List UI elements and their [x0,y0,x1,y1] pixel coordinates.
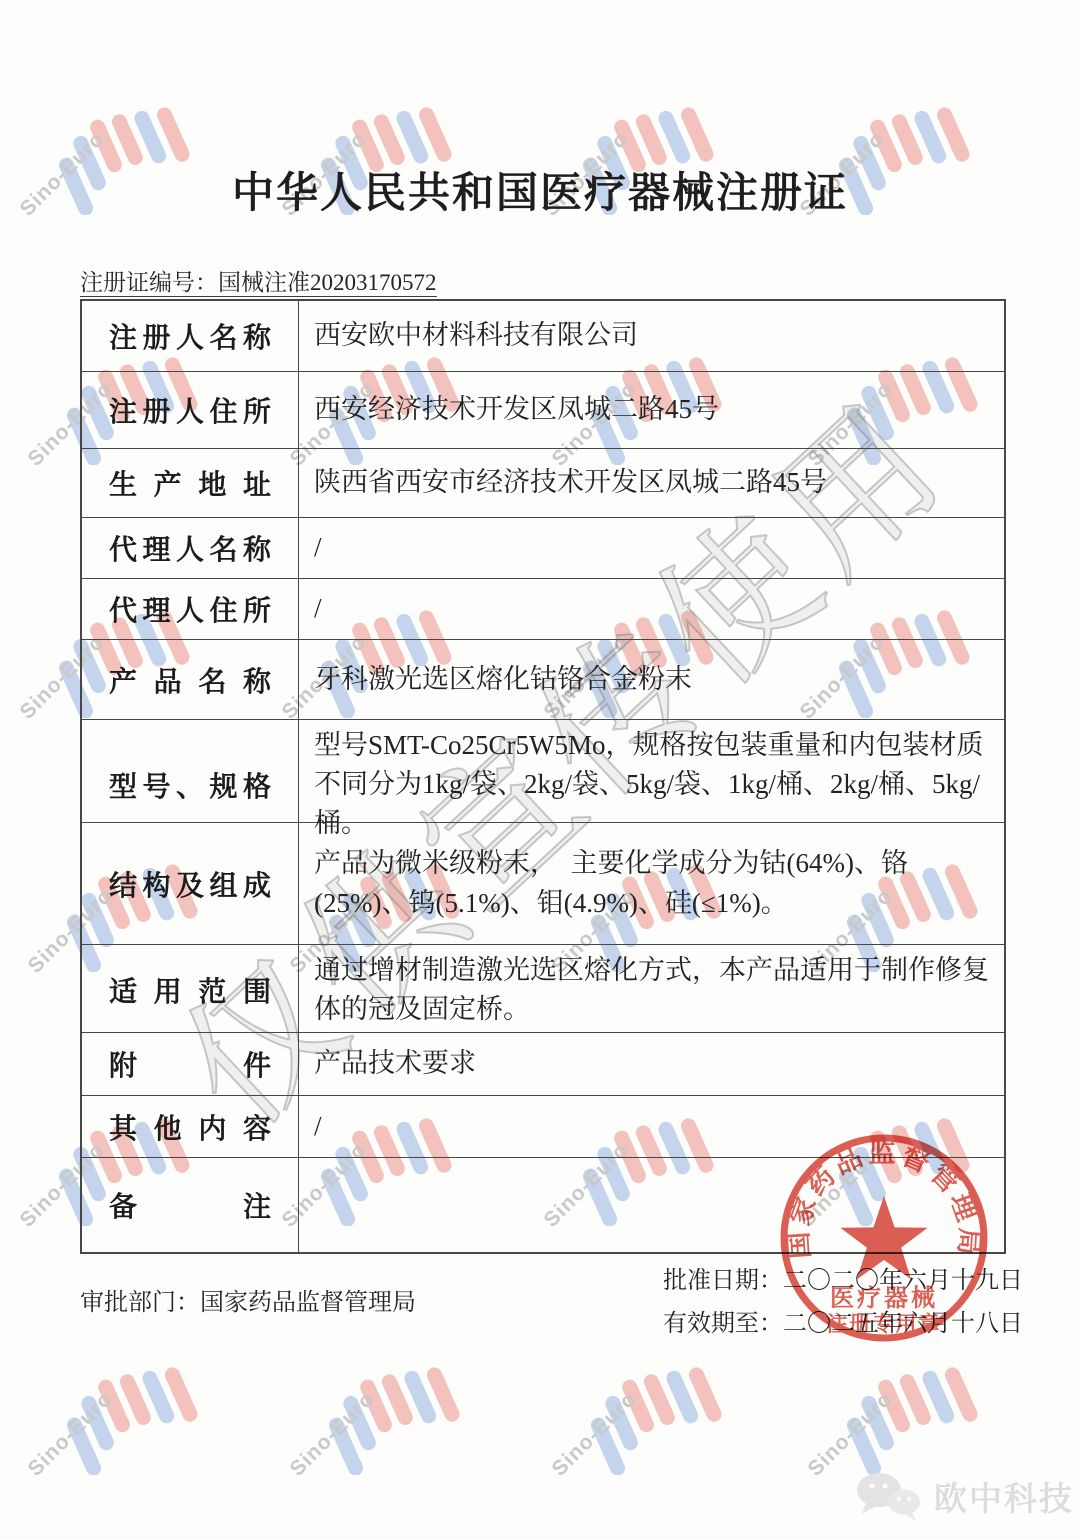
sino-euro-watermark-text: Sino-Euro [286,1387,380,1481]
table-row-structure-composition: 结构及组成 产品为微米级粉末， 主要化学成分为钴(64%)、铬(25%)、钨(5… [82,822,1004,944]
row-value: 西安欧中材料科技有限公司 [299,310,1004,361]
sino-euro-logo-icon [326,1365,466,1475]
chat-bubbles-icon [852,1468,924,1524]
row-label: 附件 [109,1044,271,1084]
sino-euro-watermark-tile: Sino-Euro [308,1365,488,1525]
sino-euro-watermark-tile: Sino-Euro [570,1365,750,1525]
approval-department: 审批部门：国家药品监督管理局 [80,1282,416,1317]
sino-euro-logo-icon [588,1365,728,1475]
row-value: 产品为微米级粉末， 主要化学成分为钴(64%)、铬(25%)、钨(5.1%)、钼… [299,838,1004,928]
registration-number: 注册证编号：国械注准20203170572 [80,270,437,297]
sino-euro-watermark-text: Sino-Euro [548,1387,642,1481]
row-label: 其他内容 [109,1107,271,1147]
row-label: 备注 [109,1185,271,1225]
row-label: 代理人名称 [109,528,271,568]
row-value: / [299,1101,1004,1152]
row-value: 通过增材制造激光选区熔化方式，本产品适用于制作修复体的冠及固定桥。 [299,945,1004,1035]
table-row-model-spec: 型号、规格 型号SMT-Co25Cr5W5Mo，规格按包装重量和内包装材质不同分… [82,719,1004,822]
row-label: 生产地址 [109,463,271,503]
row-value: 型号SMT-Co25Cr5W5Mo，规格按包装重量和内包装材质不同分为1kg/袋… [299,720,1004,849]
row-label: 注册人住所 [109,390,271,430]
sino-euro-watermark-tile: Sino-Euro [46,1365,226,1525]
approval-date: 批准日期：二〇二〇年六月十九日 [663,1260,1023,1295]
table-row-production-address: 生产地址 陕西省西安市经济技术开发区凤城二路45号 [82,448,1004,517]
row-value: 陕西省西安市经济技术开发区凤城二路45号 [299,457,1004,508]
corner-brand-text: 欧中科技 [934,1473,1074,1520]
row-value: 牙科激光选区熔化钴铬合金粉末 [299,654,1004,705]
row-label: 型号、规格 [109,765,271,805]
certificate-title: 中华人民共和国医疗器械注册证 [0,160,1080,220]
row-value: / [299,583,1004,634]
certificate-table: 注册人名称 西安欧中材料科技有限公司 注册人住所 西安经济技术开发区凤城二路45… [80,299,1006,1254]
table-row-product-name: 产品名称 牙科激光选区熔化钴铬合金粉末 [82,639,1004,719]
row-value: 产品技术要求 [299,1038,1004,1089]
certificate-page: Sino-Euro Sino-Euro [0,0,1080,1539]
table-row-agent-name: 代理人名称 / [82,517,1004,578]
row-label: 产品名称 [109,660,271,700]
valid-until-date: 有效期至：二〇二五年六月十八日 [663,1303,1023,1338]
row-value: / [299,522,1004,573]
sino-euro-watermark-text: Sino-Euro [24,1387,118,1481]
row-value [299,1199,1004,1211]
table-row-attachment: 附件 产品技术要求 [82,1032,1004,1095]
row-label: 注册人名称 [109,316,271,356]
table-row-agent-address: 代理人住所 / [82,578,1004,639]
table-row-other-content: 其他内容 / [82,1095,1004,1157]
table-row-registrant-address: 注册人住所 西安经济技术开发区凤城二路45号 [82,371,1004,448]
table-row-registrant-name: 注册人名称 西安欧中材料科技有限公司 [82,301,1004,371]
row-value: 西安经济技术开发区凤城二路45号 [299,384,1004,435]
table-row-intended-use: 适用范围 通过增材制造激光选区熔化方式，本产品适用于制作修复体的冠及固定桥。 [82,944,1004,1032]
table-row-remarks: 备注 [82,1157,1004,1252]
sino-euro-logo-icon [844,1365,984,1475]
row-label: 结构及组成 [109,864,271,904]
corner-brand-logo: 欧中科技 [852,1468,1074,1524]
registration-number-line: 注册证编号：国械注准20203170572 [80,264,437,297]
row-label: 适用范围 [109,970,271,1010]
row-label: 代理人住所 [109,589,271,629]
sino-euro-logo-icon [64,1365,204,1475]
